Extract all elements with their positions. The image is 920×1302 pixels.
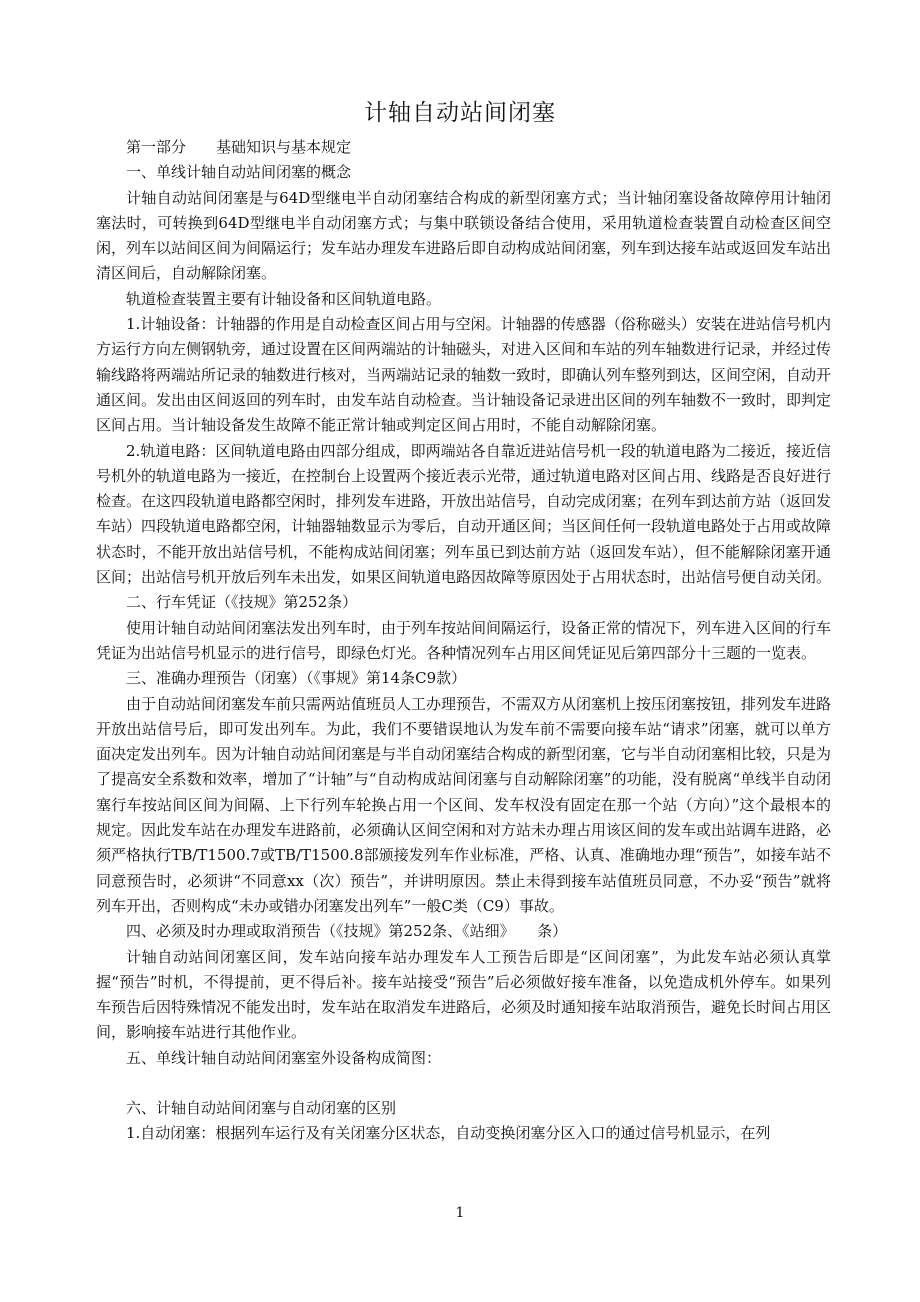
paragraph: 计轴自动站间闭塞区间，发车站向接车站办理发车人工预告后即是“区间闭塞”，为此发车… <box>96 945 831 1046</box>
document-title: 计轴自动站间闭塞 <box>0 96 920 130</box>
paragraph: 1.自动闭塞：根据列车运行及有关闭塞分区状态，自动变换闭塞分区入口的通过信号机显… <box>96 1121 831 1146</box>
paragraph: 计轴自动站间闭塞是与64D型继电半自动闭塞结合构成的新型闭塞方式；当计轴闭塞设备… <box>96 186 831 287</box>
section-heading-2: 二、行车凭证（《技规》第252条） <box>96 590 831 615</box>
page-number: 1 <box>0 1205 920 1221</box>
section-heading-3: 三、准确办理预告（闭塞）（《事规》第14条C9款） <box>96 666 831 691</box>
section-heading-1: 一、单线计轴自动站间闭塞的概念 <box>96 160 831 185</box>
section-heading-5: 五、单线计轴自动站间闭塞室外设备构成简图： <box>96 1046 831 1071</box>
paragraph: 2.轨道电路：区间轨道电路由四部分组成，即两端站各自靠近进站信号机一段的轨道电路… <box>96 439 831 591</box>
paragraph: 由于自动站间闭塞发车前只需两站值班员人工办理预告，不需双方从闭塞机上按压闭塞按钮… <box>96 692 831 920</box>
paragraph: 轨道检查装置主要有计轴设备和区间轨道电路。 <box>96 287 831 312</box>
diagram-placeholder <box>96 1071 831 1096</box>
section-heading-4: 四、必须及时办理或取消预告（《技规》第252条、《站细》 条） <box>96 919 831 944</box>
document-page: 计轴自动站间闭塞 第一部分 基础知识与基本规定 一、单线计轴自动站间闭塞的概念 … <box>0 0 920 1302</box>
document-body: 第一部分 基础知识与基本规定 一、单线计轴自动站间闭塞的概念 计轴自动站间闭塞是… <box>96 135 831 1147</box>
section-heading-6: 六、计轴自动站间闭塞与自动闭塞的区别 <box>96 1096 831 1121</box>
paragraph: 1.计轴设备：计轴器的作用是自动检查区间占用与空闲。计轴器的传感器（俗称磁头）安… <box>96 312 831 438</box>
part-heading: 第一部分 基础知识与基本规定 <box>96 135 831 160</box>
paragraph: 使用计轴自动站间闭塞法发出列车时，由于列车按站间间隔运行，设备正常的情况下，列车… <box>96 616 831 667</box>
